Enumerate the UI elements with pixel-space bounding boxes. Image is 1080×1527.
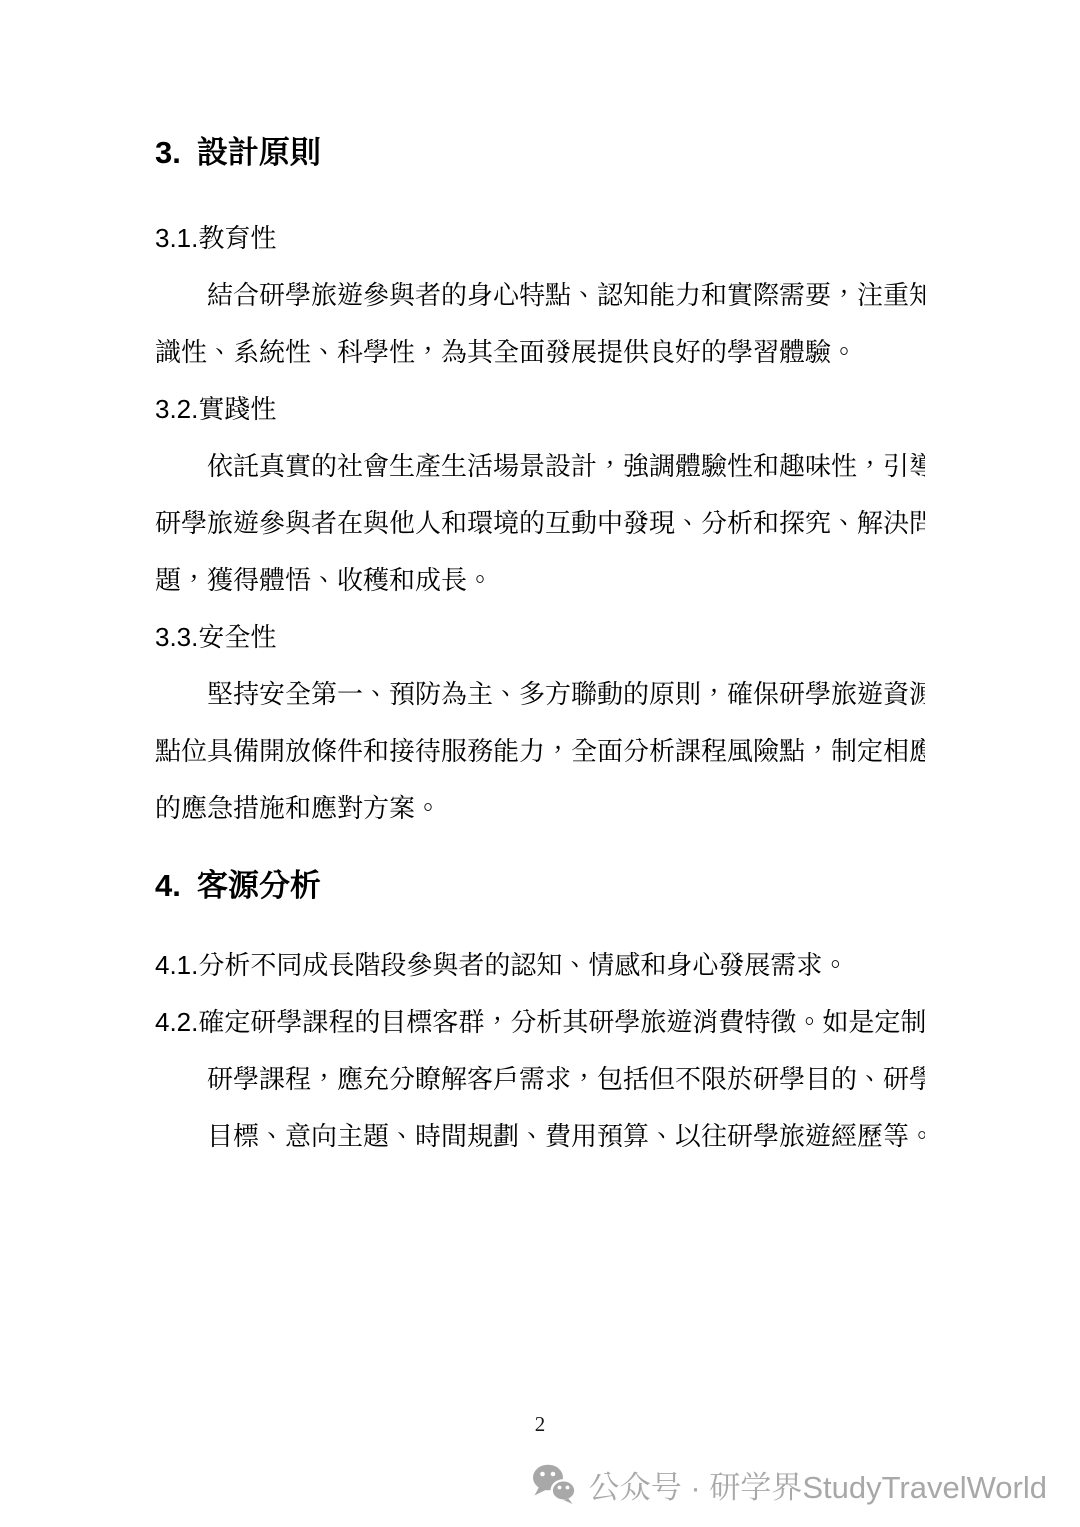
section-4-heading: 4.客源分析 xyxy=(155,861,925,911)
item-3-1-number: 3.1. xyxy=(155,223,198,253)
paragraph-line: 結合研學旅遊參與者的身心特點、認知能力和實際需要，注重知 xyxy=(155,267,925,324)
item-3-2-label: 3.2.實踐性 xyxy=(155,381,925,438)
paragraph-line: 的應急措施和應對方案。 xyxy=(155,780,925,837)
paragraph-line: 識性、系統性、科學性，為其全面發展提供良好的學習體驗。 xyxy=(155,324,925,381)
item-3-3-title: 安全性 xyxy=(198,623,276,652)
watermark: 公众号 · 研学界StudyTravelWorld xyxy=(531,1460,1047,1508)
item-4-1-line: 4.1.分析不同成長階段參與者的認知、情感和身心發展需求。 xyxy=(155,937,925,994)
section-4-number: 4. xyxy=(155,868,181,903)
item-3-3-label: 3.3.安全性 xyxy=(155,609,925,666)
section-design-principles: 3.設計原則 3.1.教育性 結合研學旅遊參與者的身心特點、認知能力和實際需要，… xyxy=(155,128,925,837)
item-3-3-number: 3.3. xyxy=(155,622,198,652)
watermark-text: 公众号 · 研学界StudyTravelWorld xyxy=(589,1462,1047,1507)
item-4-2-text: 確定研學課程的目標客群，分析其研學旅遊消費特徵。如是定制 xyxy=(198,1008,925,1037)
paragraph-line: 依託真實的社會生產生活場景設計，強調體驗性和趣味性，引導 xyxy=(155,438,925,495)
section-3-title: 設計原則 xyxy=(197,135,321,170)
item-4-2-line: 4.2.確定研學課程的目標客群，分析其研學旅遊消費特徵。如是定制 xyxy=(155,994,925,1051)
section-4-title: 客源分析 xyxy=(197,868,321,903)
page-content: 3.設計原則 3.1.教育性 結合研學旅遊參與者的身心特點、認知能力和實際需要，… xyxy=(155,128,925,1165)
paragraph-line: 堅持安全第一、預防為主、多方聯動的原則，確保研學旅遊資源 xyxy=(155,666,925,723)
wechat-icon xyxy=(531,1463,577,1505)
section-3-heading: 3.設計原則 xyxy=(155,128,925,178)
item-4-1-number: 4.1. xyxy=(155,950,198,980)
section-3-number: 3. xyxy=(155,135,181,170)
paragraph-line: 題，獲得體悟、收穫和成長。 xyxy=(155,552,925,609)
item-4-2-number: 4.2. xyxy=(155,1007,198,1037)
item-3-1-label: 3.1.教育性 xyxy=(155,210,925,267)
item-4-1-text: 分析不同成長階段參與者的認知、情感和身心發展需求。 xyxy=(198,951,848,980)
item-3-2-number: 3.2. xyxy=(155,394,198,424)
page-number: 2 xyxy=(0,1412,1080,1437)
item-3-1-title: 教育性 xyxy=(198,224,276,253)
paragraph-line: 研學旅遊參與者在與他人和環境的互動中發現、分析和探究、解決問 xyxy=(155,495,925,552)
item-3-2-title: 實踐性 xyxy=(198,395,276,424)
paragraph-line: 點位具備開放條件和接待服務能力，全面分析課程風險點，制定相應 xyxy=(155,723,925,780)
paragraph-line: 目標、意向主題、時間規劃、費用預算、以往研學旅遊經歷等。 xyxy=(207,1108,925,1165)
document-page: 3.設計原則 3.1.教育性 結合研學旅遊參與者的身心特點、認知能力和實際需要，… xyxy=(0,0,1080,1527)
paragraph-line: 研學課程，應充分瞭解客戶需求，包括但不限於研學目的、研學 xyxy=(207,1051,925,1108)
section-customer-analysis: 4.客源分析 4.1.分析不同成長階段參與者的認知、情感和身心發展需求。 4.2… xyxy=(155,861,925,1165)
